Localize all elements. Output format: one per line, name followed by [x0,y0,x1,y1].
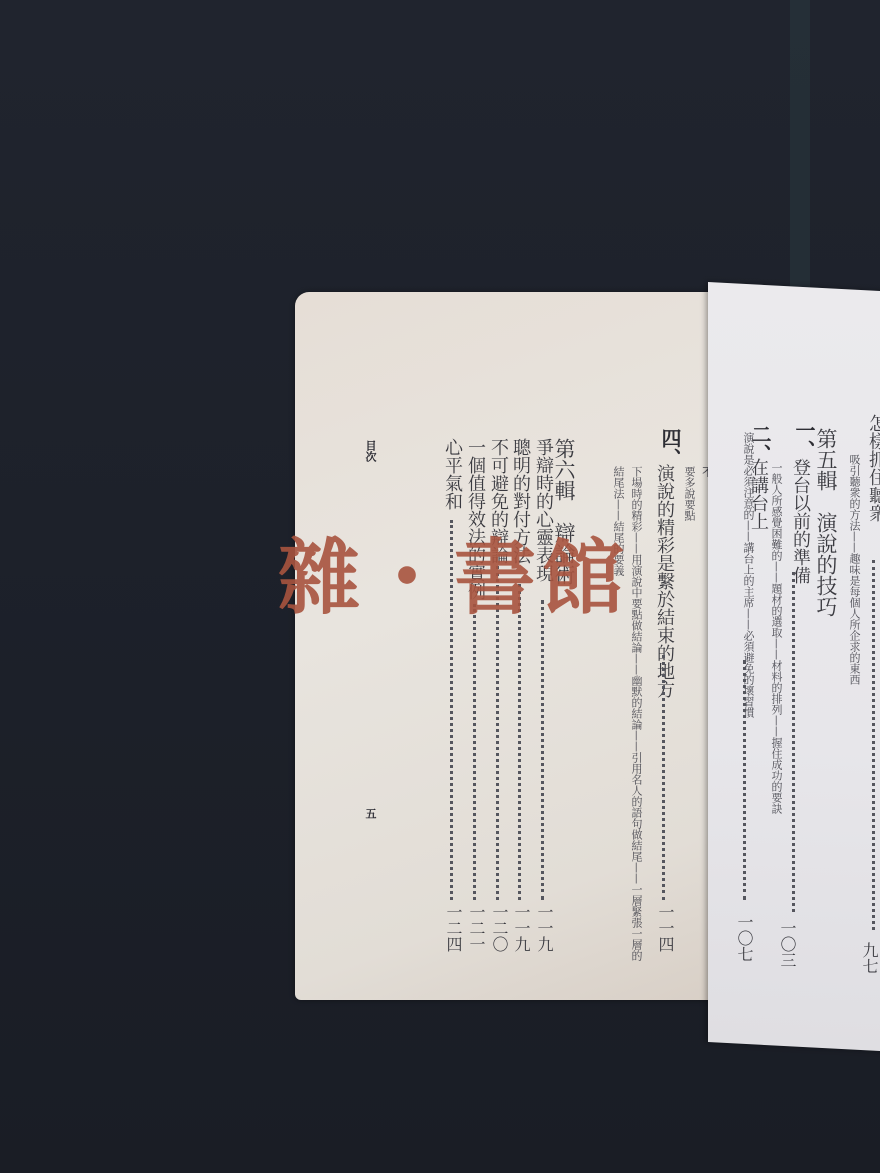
watermark-stamp: 雜・書館 [278,528,630,628]
leader-dots [518,584,521,900]
chapter5-title: 第五輯 演說的技巧 [814,428,838,617]
sec1-page: 一〇三 [778,920,796,968]
leader-dots [541,600,544,900]
sec4-sub-1: 下場時的精彩——用演說中要點做結論——幽默的結論——引用名人的語句做結尾——一層… [630,466,642,986]
leader-dots [743,660,746,900]
ch6-entry-1-page: 一一九 [535,904,553,952]
sec1-sub: 一般人所感覺困難的——題材的選取——材料的排列——握住成功的要訣 [770,462,782,814]
carryover-line-2: 要多說要點 [683,466,695,521]
top-entry-page: 九七 [860,942,878,974]
sec2-page: 一〇七 [735,914,753,962]
left-page-number: 五 [362,808,378,819]
side-label-contents: 目次 [362,440,378,462]
book-edge-shadow [790,0,810,300]
sec1-title: 登台以前的準備 [790,458,810,584]
sec4-page: 一一四 [656,904,674,952]
sec4-number: 四、 [656,428,685,468]
ch6-entry-3-page: 一二〇 [490,904,508,952]
leader-dots [792,572,795,912]
ch6-entry-4-page: 一二一 [467,904,485,952]
top-entry-sub: 吸引聽衆的方法——趣味是每個人所企求的東西 [848,454,860,685]
leader-dots [662,655,665,900]
sec2-title: 在講台上 [748,458,768,530]
leader-dots [473,604,476,900]
ch6-entry-5-title: 心平氣和 [442,438,462,510]
ch6-entry-5-page: 一二四 [444,904,462,952]
top-entry-title: 怎樣抓住聽衆 [866,414,880,522]
ch6-entry-2-page: 一一九 [512,904,530,952]
leader-dots [872,560,875,930]
